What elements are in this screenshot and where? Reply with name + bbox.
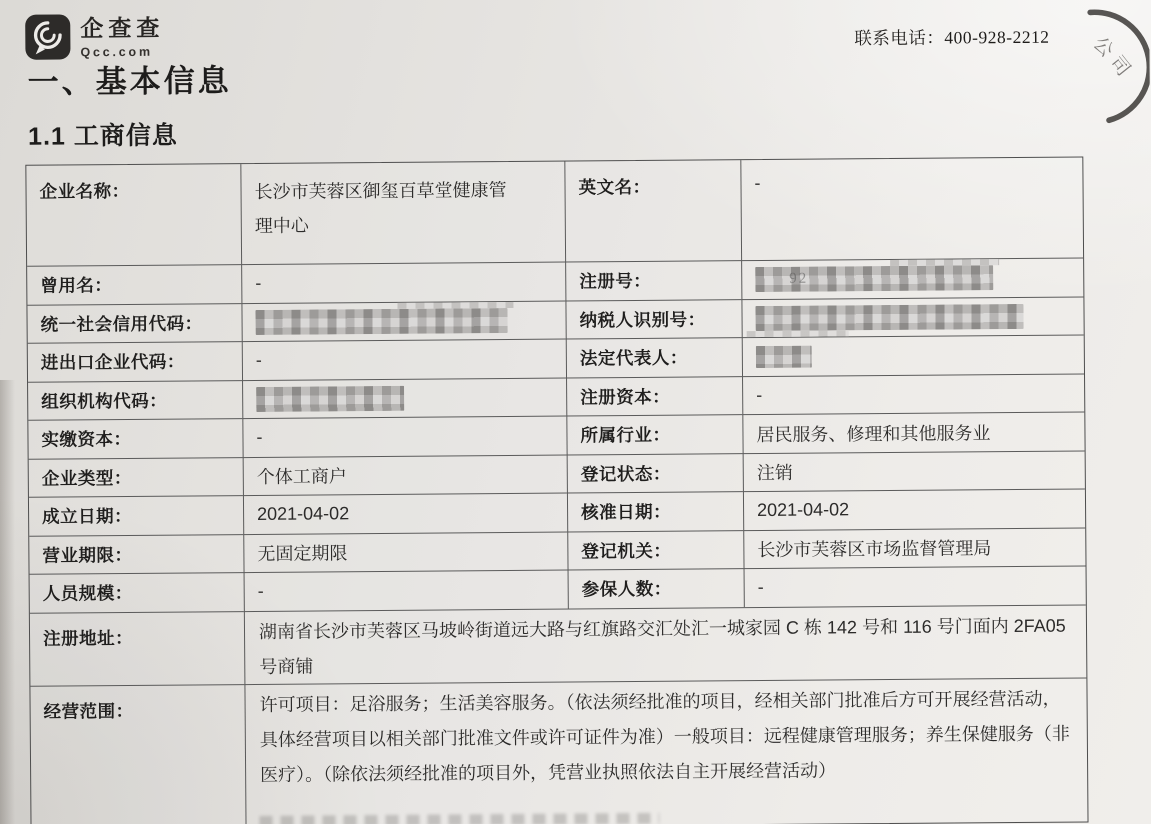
redacted-registration-number: 92 (755, 265, 993, 292)
value-registration-status: 注销 (743, 450, 1085, 491)
value-unified-social-credit-code (241, 300, 565, 341)
value-business-term: 无固定期限 (243, 531, 567, 572)
section-title: 一、基本信息 (27, 55, 231, 102)
redacted-org-code (256, 386, 404, 412)
label-registration-number: 注册号： (565, 260, 741, 300)
redacted-legal-representative (756, 345, 812, 367)
label-legal-representative: 法定代表人： (566, 337, 742, 377)
label-import-export-code: 进出口企业代码： (28, 341, 242, 381)
label-former-name: 曾用名： (27, 264, 241, 304)
label-business-scope: 经营范围： (30, 684, 245, 824)
value-former-name: - (241, 262, 565, 303)
qcc-logo-icon (24, 13, 71, 60)
value-insured-count: - (744, 565, 1086, 606)
label-registered-capital: 注册资本： (566, 376, 742, 416)
contact-label: 联系电话： (854, 28, 944, 49)
value-registration-authority: 长沙市芙蓉区市场监督管理局 (743, 527, 1085, 568)
paper-edge-shadow (0, 380, 15, 824)
value-company-name: 长沙市芙蓉区御玺百草堂健康管理中心 (240, 162, 565, 265)
partial-company-seal: 公 司 (1026, 0, 1150, 143)
value-enterprise-type: 个体工商户 (243, 454, 567, 495)
seal-char-1: 公 (1089, 33, 1117, 61)
subsection-title: 1.1 工商信息 (28, 116, 178, 153)
value-org-code (242, 377, 566, 418)
value-staff-size: - (244, 570, 568, 611)
label-enterprise-type: 企业类型： (29, 457, 243, 497)
value-establishment-date: 2021-04-02 (243, 493, 567, 534)
value-taxpayer-id (741, 296, 1083, 337)
label-business-term: 营业期限： (29, 534, 243, 574)
value-business-scope: 许可项目：足浴服务；生活美容服务。（依法须经批准的项目，经相关部门批准后方可开展… (244, 677, 1087, 824)
label-paid-in-capital: 实缴资本： (28, 418, 242, 458)
business-info-table: 企业名称： 长沙市芙蓉区御玺百草堂健康管理中心 英文名： - 曾用名： - 注册… (25, 156, 1088, 824)
redacted-credit-code (255, 308, 507, 335)
scanned-report-page: 企查查 Qcc.com 联系电话：400-928-2212 公 司 一、基本信息… (0, 0, 1151, 824)
label-approval-date: 核准日期： (567, 491, 743, 531)
label-registration-authority: 登记机关： (567, 530, 743, 570)
label-registration-status: 登记状态： (567, 453, 743, 493)
value-registered-address: 湖南省长沙市芙蓉区马坡岭街道远大路与红旗路交汇处汇一城家园 C 栋 142 号和… (244, 604, 1087, 684)
brand-name: 企查查 (80, 17, 164, 41)
cutoff-footnote-smudge (259, 813, 659, 824)
value-english-name: - (740, 157, 1083, 260)
redaction-hint: 92 (755, 271, 808, 288)
label-org-code: 组织机构代码： (28, 380, 242, 420)
brand-text: 企查查 Qcc.com (80, 13, 164, 59)
value-legal-representative (742, 334, 1084, 375)
label-industry: 所属行业： (566, 414, 742, 454)
label-staff-size: 人员规模： (30, 572, 244, 612)
value-registered-capital: - (742, 373, 1084, 414)
label-unified-social-credit-code: 统一社会信用代码： (27, 303, 241, 343)
label-insured-count: 参保人数： (568, 568, 744, 608)
value-approval-date: 2021-04-02 (743, 488, 1085, 529)
label-registered-address: 注册地址： (30, 611, 245, 686)
qcc-brand: 企查查 Qcc.com (24, 13, 164, 61)
label-company-name: 企业名称： (26, 164, 241, 266)
photo-tilt-wrapper: 企查查 Qcc.com 联系电话：400-928-2212 公 司 一、基本信息… (0, 0, 1151, 824)
label-establishment-date: 成立日期： (29, 495, 243, 535)
value-paid-in-capital: - (242, 416, 566, 457)
label-taxpayer-id: 纳税人识别号： (565, 299, 741, 339)
contact-phone: 联系电话：400-928-2212 (854, 24, 1049, 51)
value-registration-number: 92 (741, 257, 1083, 298)
value-industry: 居民服务、修理和其他服务业 (742, 411, 1084, 452)
seal-char-2: 司 (1106, 52, 1135, 81)
redacted-taxpayer-id (755, 304, 1023, 331)
label-english-name: 英文名： (564, 160, 741, 261)
value-import-export-code: - (242, 339, 566, 380)
